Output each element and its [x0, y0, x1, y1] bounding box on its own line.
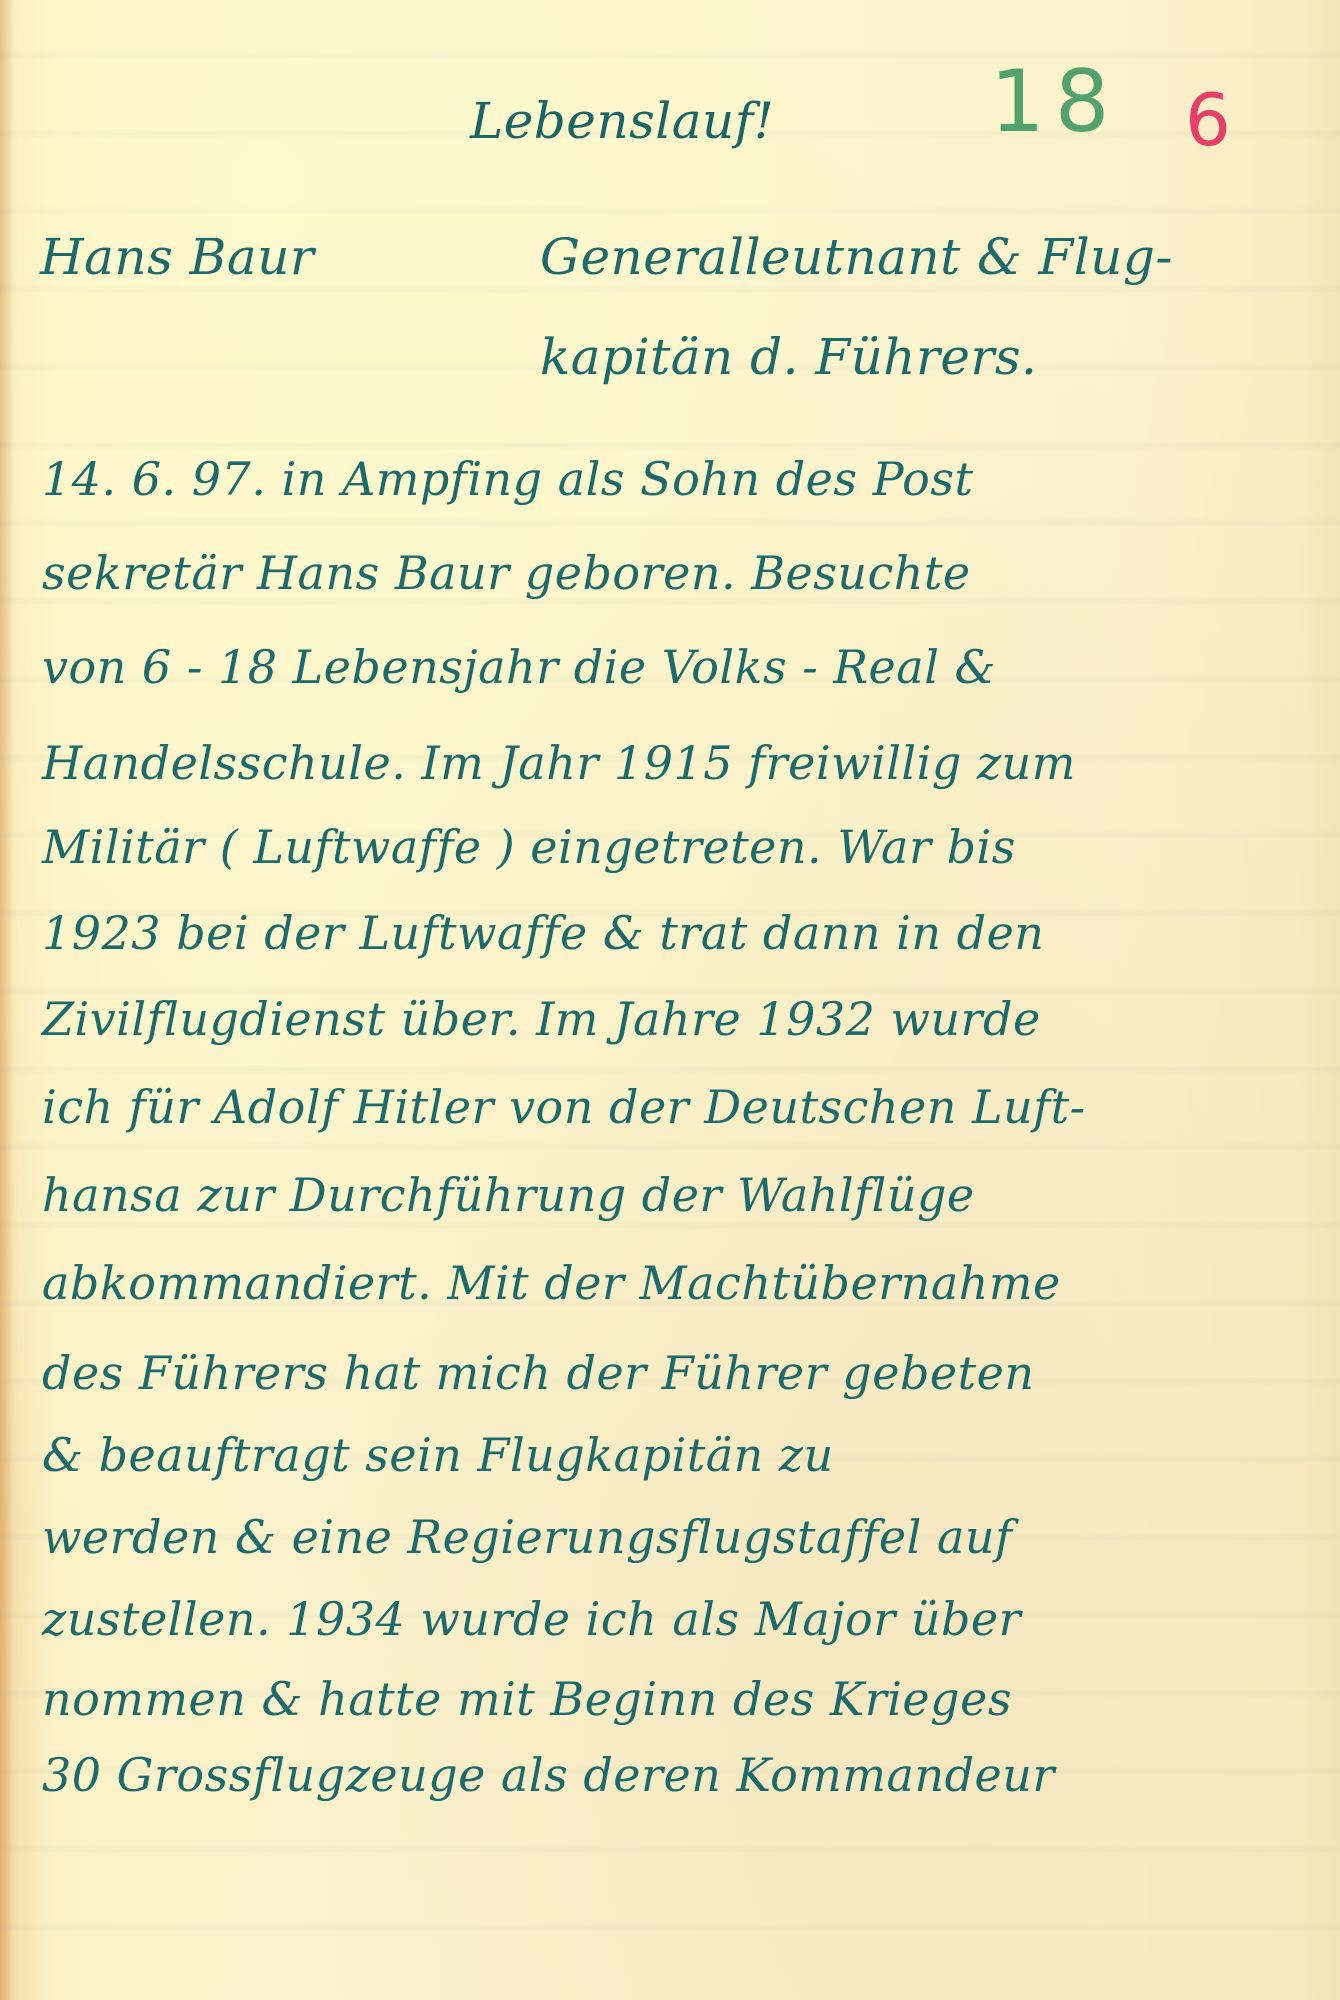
author-name: Hans Baur	[40, 228, 314, 286]
document-page: Lebenslauf! 18 6 Hans Baur Generalleutna…	[0, 0, 1340, 2000]
author-rank-line-2: kapitän d. Führers.	[540, 328, 1037, 386]
body-line: 1923 bei der Luftwaffe & trat dann in de…	[42, 906, 1044, 960]
body-line: & beauftragt sein Flugkapitän zu	[42, 1428, 834, 1482]
document-title: Lebenslauf!	[470, 92, 774, 150]
author-rank-line-1: Generalleutnant & Flug-	[540, 228, 1173, 286]
body-line: des Führers hat mich der Führer gebeten	[42, 1346, 1034, 1400]
body-line: ich für Adolf Hitler von der Deutschen L…	[42, 1080, 1086, 1134]
body-line: 30 Grossflugzeuge als deren Kommandeur	[42, 1748, 1055, 1802]
folio-number-green: 18	[990, 52, 1119, 152]
body-line: zustellen. 1934 wurde ich als Major über	[42, 1592, 1021, 1646]
body-line: abkommandiert. Mit der Machtübernahme	[42, 1256, 1061, 1310]
folio-number-red: 6	[1185, 78, 1231, 162]
body-line: Militär ( Luftwaffe ) eingetreten. War b…	[42, 820, 1016, 874]
body-line: Handelsschule. Im Jahr 1915 freiwillig z…	[42, 736, 1076, 790]
body-line: Zivilflugdienst über. Im Jahre 1932 wurd…	[42, 992, 1041, 1046]
page-fold-shadow	[0, 0, 14, 2000]
body-line: hansa zur Durchführung der Wahlflüge	[42, 1168, 975, 1222]
body-line: sekretär Hans Baur geboren. Besuchte	[42, 546, 971, 600]
body-line: 14. 6. 97. in Ampfing als Sohn des Post	[42, 452, 973, 506]
body-line: werden & eine Regierungsflugstaffel auf	[42, 1510, 1013, 1564]
body-line: von 6 - 18 Lebensjahr die Volks - Real &	[42, 640, 996, 694]
body-line: nommen & hatte mit Beginn des Krieges	[42, 1672, 1012, 1726]
